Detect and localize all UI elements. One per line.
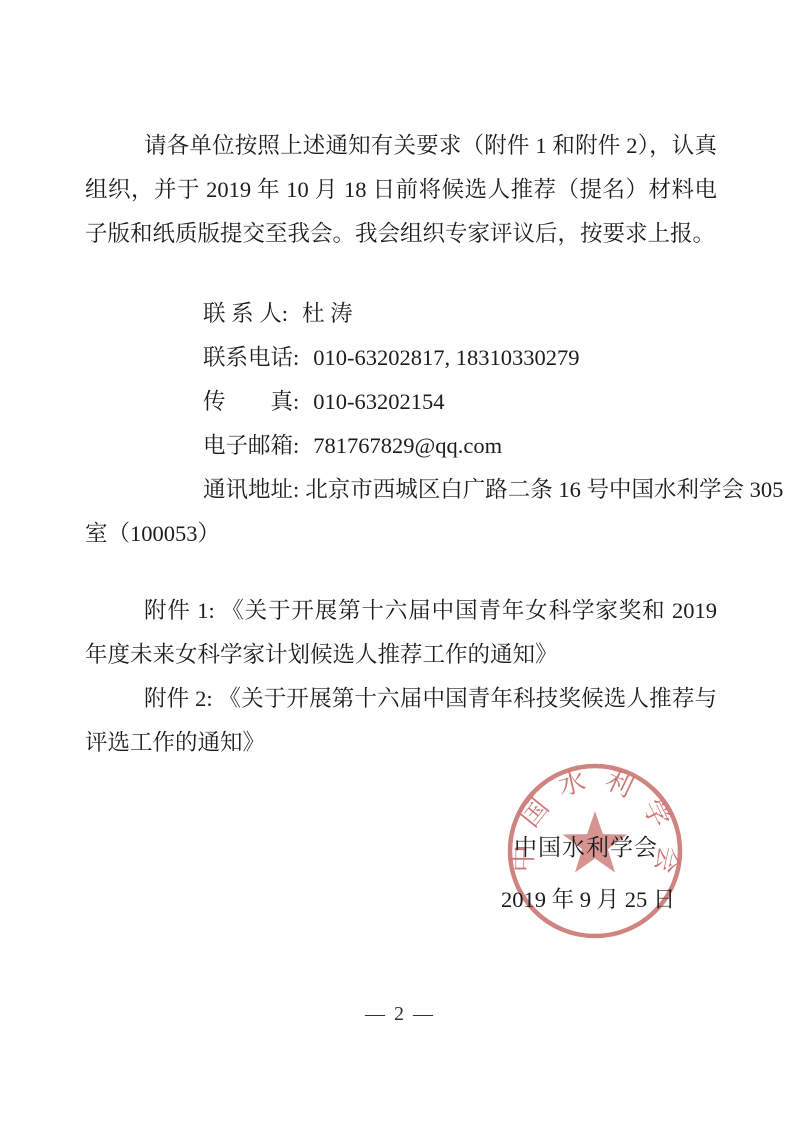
contact-fax-label: 传 真:	[144, 380, 299, 424]
contact-phone-label: 联系电话:	[144, 336, 299, 380]
page-number: — 2 —	[0, 1003, 800, 1026]
spacer	[85, 556, 717, 589]
attachment-1-line: 附件 1: 《关于开展第十六届中国青年女科学家奖和 2019	[85, 589, 717, 633]
contact-phone-value: 010-63202817, 18310330279	[313, 345, 579, 370]
contact-row-person: 联 系 人:杜 涛	[85, 292, 717, 336]
spacer	[85, 256, 717, 292]
contact-person-label: 联 系 人:	[144, 292, 288, 336]
paragraph-line: 子版和纸质版提交至我会。我会组织专家评议后，按要求上报。	[85, 212, 717, 256]
contact-person-value: 杜 涛	[302, 301, 353, 326]
contact-fax-value: 010-63202154	[313, 389, 444, 414]
contact-address-label: 通讯地址:	[144, 468, 299, 512]
signature-date: 2019 年 9 月 25 日	[501, 887, 675, 913]
paragraph-line: 请各单位按照上述通知有关要求（附件 1 和附件 2），认真	[85, 124, 717, 168]
contact-address-continuation: 室（100053）	[85, 512, 717, 556]
attachment-2-line: 附件 2: 《关于开展第十六届中国青年科技奖候选人推荐与	[85, 677, 717, 721]
contact-row-email: 电子邮箱:781767829@qq.com	[85, 424, 717, 468]
contact-email-value: 781767829@qq.com	[313, 433, 502, 458]
signature-organization: 中国水利学会	[514, 835, 658, 861]
attachment-1-line: 年度未来女科学家计划候选人推荐工作的通知》	[85, 633, 717, 677]
document-page: 请各单位按照上述通知有关要求（附件 1 和附件 2），认真 组织，并于 2019…	[0, 0, 800, 1131]
contact-email-label: 电子邮箱:	[144, 424, 299, 468]
contact-row-fax: 传 真:010-63202154	[85, 380, 717, 424]
contact-address-value: 北京市西城区白广路二条 16 号中国水利学会 305	[305, 477, 783, 502]
contact-row-address: 通讯地址:北京市西城区白广路二条 16 号中国水利学会 305	[85, 468, 717, 512]
contact-row-phone: 联系电话:010-63202817, 18310330279	[85, 336, 717, 380]
paragraph-line: 组织，并于 2019 年 10 月 18 日前将候选人推荐（提名）材料电	[85, 168, 717, 212]
document-body: 请各单位按照上述通知有关要求（附件 1 和附件 2），认真 组织，并于 2019…	[85, 124, 717, 765]
